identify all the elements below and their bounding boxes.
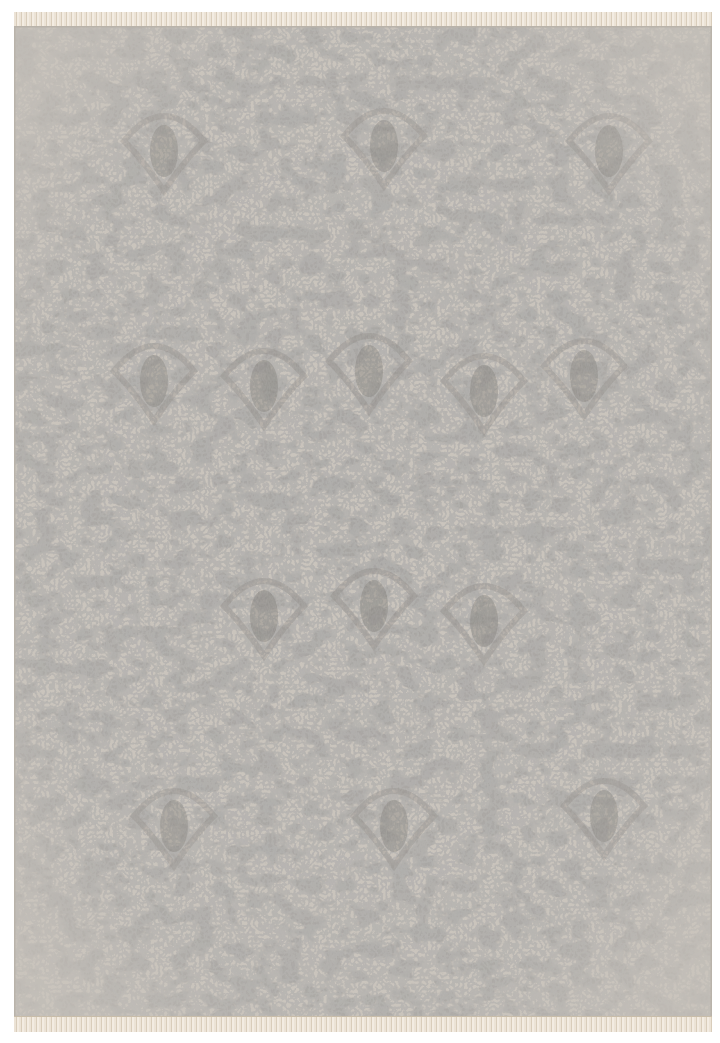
rug-field: [14, 26, 712, 1018]
rug: [14, 12, 712, 1032]
rug-pattern: [14, 26, 712, 1018]
bottom-fringe: [14, 1016, 712, 1032]
